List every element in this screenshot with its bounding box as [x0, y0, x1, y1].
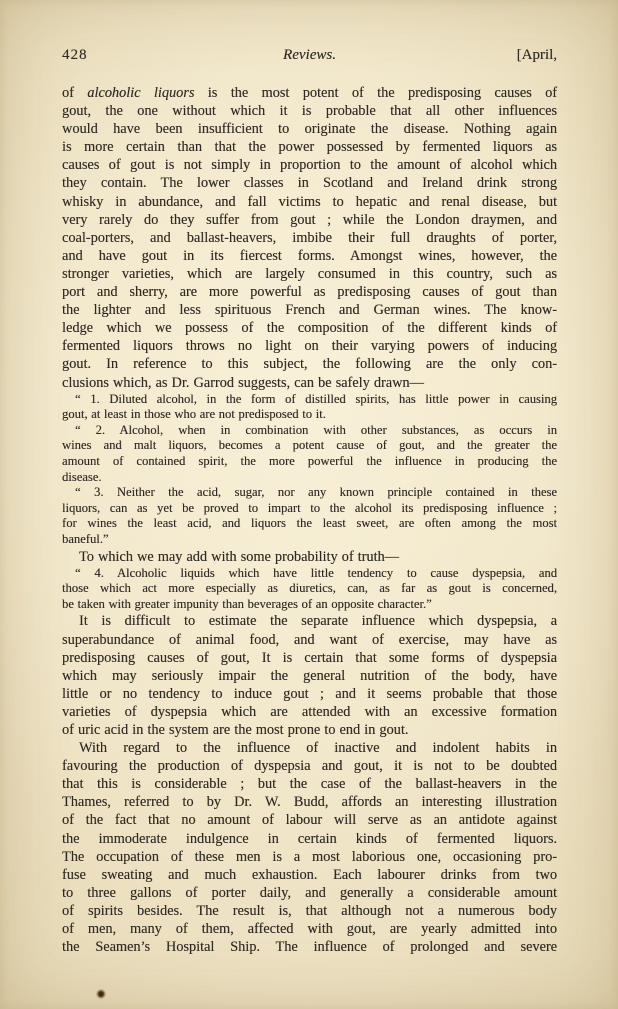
- text-line: of spirits besides. The result is, that …: [62, 902, 557, 920]
- text-line: would have been insufficient to originat…: [62, 120, 557, 138]
- quote-paragraph-2: “ 2. Alcohol, when in combination with o…: [62, 423, 557, 485]
- text-line: varieties of dyspepsia which are attende…: [62, 703, 557, 721]
- italic-phrase: alcoholic liquors: [87, 85, 194, 101]
- text-line: for wines the least acid, and liquors th…: [62, 516, 557, 532]
- text-line: wines and malt liquors, becomes a potent…: [62, 438, 557, 454]
- text-line: gout, at least in those who are not pred…: [62, 407, 557, 423]
- text-line: the Seamen’s Hospital Ship. The influenc…: [62, 938, 557, 956]
- paragraph-interlude: To which we may add with some probabilit…: [62, 548, 557, 566]
- text-line: fermented liquors throws no light on the…: [62, 337, 557, 355]
- text-line: With regard to the influence of inactive…: [62, 739, 557, 757]
- running-header: 428 Reviews. [April,: [62, 47, 557, 63]
- text-line: favouring the production of dyspepsia an…: [62, 757, 557, 775]
- paragraph-dyspepsia: It is difficult to estimate the separate…: [62, 612, 557, 739]
- text-line: clusions which, as Dr. Garrod suggests, …: [62, 374, 557, 392]
- page-number: 428: [62, 47, 88, 63]
- text-line: and have gout in its fiercest forms. Amo…: [62, 247, 557, 265]
- text-line: they contain. The lower classes in Scotl…: [62, 174, 557, 192]
- text-line: To which we may add with some probabilit…: [62, 548, 557, 566]
- quote-paragraph-4: “ 4. Alcoholic liquids which have little…: [62, 566, 557, 613]
- text-run: of: [62, 85, 87, 101]
- text-line: the lighter and less spirituous French a…: [62, 301, 557, 319]
- text-line: of alcoholic liquors is the most potent …: [62, 84, 557, 102]
- text-line: Thames, referred to by Dr. W. Budd, affo…: [62, 793, 557, 811]
- text-line: coal-porters, and ballast-heavers, imbib…: [62, 229, 557, 247]
- text-line: the immoderate indulgence in certain kin…: [62, 830, 557, 848]
- text-line: stronger varieties, which are largely co…: [62, 265, 557, 283]
- text-line: that this is considerable ; but the case…: [62, 775, 557, 793]
- paragraph-habits: With regard to the influence of inactive…: [62, 739, 557, 956]
- paragraph-opening: of alcoholic liquors is the most potent …: [62, 84, 557, 392]
- quote-paragraph-1: “ 1. Diluted alcohol, in the form of dis…: [62, 392, 557, 423]
- text-line: “ 1. Diluted alcohol, in the form of dis…: [62, 392, 557, 408]
- text-line: “ 2. Alcohol, when in combination with o…: [62, 423, 557, 439]
- ink-speck: [96, 989, 106, 999]
- text-line: very rarely do they suffer from gout ; w…: [62, 211, 557, 229]
- text-line: those which act more especially as diure…: [62, 581, 557, 597]
- text-line: “ 3. Neither the acid, sugar, nor any kn…: [62, 485, 557, 501]
- text-line: port and sherry, are more powerful as pr…: [62, 283, 557, 301]
- text-line: It is difficult to estimate the separate…: [62, 612, 557, 630]
- text-line: be taken with greater impunity than beve…: [62, 597, 557, 613]
- text-line: liquors, can as yet be proved to impart …: [62, 501, 557, 517]
- text-line: to three gallons of porter daily, and ge…: [62, 884, 557, 902]
- text-line: “ 4. Alcoholic liquids which have little…: [62, 566, 557, 582]
- text-line: ledge which we possess of the compositio…: [62, 319, 557, 337]
- text-line: predisposing causes of gout, It is certa…: [62, 649, 557, 667]
- text-line: disease.: [62, 470, 557, 486]
- issue-date-label: [April,: [517, 47, 557, 63]
- text-line: amount of contained spirit, the more pow…: [62, 454, 557, 470]
- quote-paragraph-3: “ 3. Neither the acid, sugar, nor any kn…: [62, 485, 557, 547]
- text-line: little or no tendency to induce gout ; a…: [62, 685, 557, 703]
- scanned-book-page: 428 Reviews. [April, of alcoholic liquor…: [0, 0, 618, 1009]
- running-title: Reviews.: [283, 47, 336, 63]
- text-line: of the fact that no amount of labour wil…: [62, 811, 557, 829]
- text-line: gout, the one without which it is probab…: [62, 102, 557, 120]
- text-line: of uric acid in the system are the most …: [62, 721, 557, 739]
- text-line: fuse sweating and much exhaustion. Each …: [62, 866, 557, 884]
- text-column: 428 Reviews. [April, of alcoholic liquor…: [62, 47, 557, 956]
- text-line: of men, many of them, affected with gout…: [62, 920, 557, 938]
- text-line: baneful.”: [62, 532, 557, 548]
- text-lines: gout, the one without which it is probab…: [62, 102, 557, 392]
- text-line: gout. In reference to this subject, the …: [62, 355, 557, 373]
- text-run: is the most potent of the predisposing c…: [194, 85, 557, 101]
- text-line: whisky in abundance, and fall victims to…: [62, 193, 557, 211]
- text-line: is more certain than that the power poss…: [62, 138, 557, 156]
- text-line: superabundance of animal food, and want …: [62, 631, 557, 649]
- text-line: which may seriously impair the general n…: [62, 667, 557, 685]
- text-line: The occupation of these men is a most la…: [62, 848, 557, 866]
- text-line: causes of gout is not simply in proporti…: [62, 156, 557, 174]
